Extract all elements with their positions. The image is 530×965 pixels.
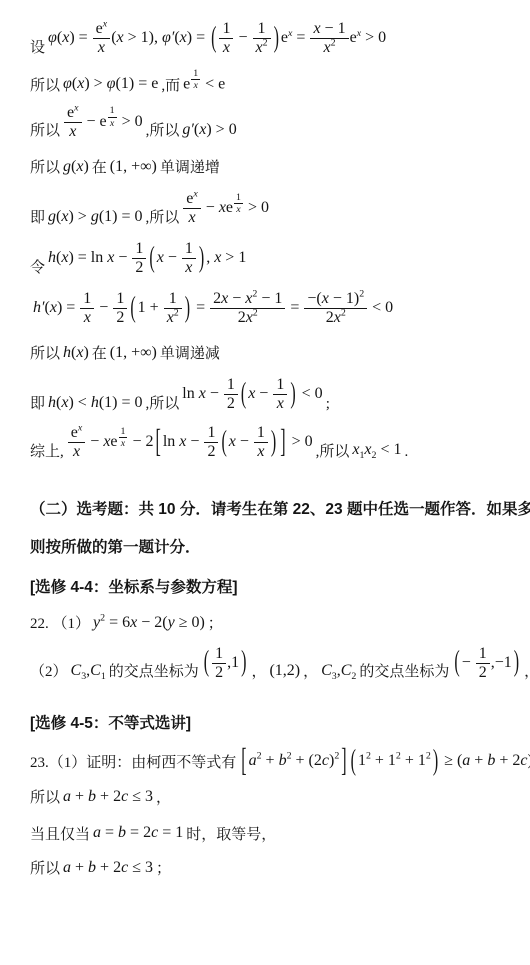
math-token: − — [164, 249, 181, 266]
math-token: = 6 — [105, 614, 130, 631]
math-token: (1, +∞) — [110, 344, 157, 361]
big-paren: ) — [197, 239, 206, 279]
math-token: x — [157, 249, 164, 266]
answer-line-23-sum-le-3a: 所以 a + b + 2c ≤ 3， — [30, 786, 526, 811]
fraction: 1x — [233, 192, 244, 216]
text-segment: 在 — [92, 157, 107, 180]
text-segment: 23.（1）证明：由柯西不等式有 — [30, 752, 236, 775]
math-token: = 1 — [158, 824, 183, 841]
numerator: 1 — [273, 376, 287, 394]
math-token: x — [117, 29, 124, 46]
denominator: x — [234, 203, 243, 215]
numerator: 1 — [132, 240, 146, 258]
big-paren: ( — [452, 643, 461, 683]
math-token: b — [88, 788, 96, 805]
math-token: ) > — [84, 75, 106, 92]
math-token: − — [462, 654, 475, 671]
superscript: 2 — [341, 308, 346, 319]
section-heading-optional: （二）选考题：共 10 分．请考生在第 22、23 题中任选一题作答．如果多 — [30, 498, 526, 522]
text-segment: （2） — [30, 661, 68, 684]
big-paren: ) — [183, 288, 192, 328]
math-token: 1 — [116, 290, 124, 307]
math-token: e — [110, 433, 117, 450]
math-token: ) — [83, 158, 88, 175]
math-token: 1 — [110, 105, 115, 116]
math-token: 1 — [185, 240, 193, 257]
math-token: < 0 — [368, 299, 393, 316]
math-token: 1 + — [138, 299, 163, 316]
math-token: x — [364, 441, 371, 458]
fraction: exx — [67, 424, 87, 461]
big-paren: ( — [128, 288, 137, 328]
text-segment: 所以 — [30, 343, 60, 366]
big-bracket: ] — [339, 740, 348, 784]
math-token: − — [206, 385, 223, 402]
math-token: + 1 — [401, 752, 426, 769]
text-segment: 单调递减 — [160, 343, 220, 366]
fraction: 1x — [181, 240, 197, 277]
solution-line-h-def: 令 h(x) = ln x − 12(x − 1x), x > 1 — [30, 240, 526, 280]
math-token: (1,2) — [269, 662, 300, 679]
big-paren: ) — [431, 742, 440, 782]
math-token: g — [63, 158, 71, 175]
math-token: g — [48, 208, 56, 225]
math-token: ) > — [68, 208, 90, 225]
numerator: 2x − x2 − 1 — [210, 290, 285, 308]
math-token: h — [48, 249, 56, 266]
math-token: e — [350, 29, 357, 46]
math-token: e — [96, 20, 103, 37]
numerator: x − 1 — [310, 20, 348, 38]
math-token: a — [63, 859, 71, 876]
math-token: x — [73, 443, 80, 460]
numerator: ex — [64, 104, 82, 122]
text-segment: 即 — [30, 207, 45, 230]
math-token: ) — [83, 344, 88, 361]
math-token: C — [90, 662, 101, 679]
text-segment: ,所以 — [146, 120, 180, 143]
text-segment: ; — [326, 393, 330, 416]
formula-segment: (1, +∞) — [107, 156, 160, 181]
document-page: 设 φ(x) = exx(x > 1), φ′(x) = (1x − 1x2)e… — [0, 0, 530, 965]
formula-segment: φ(x) > φ(1) = e — [60, 73, 161, 98]
formula-segment: exx − xe1x > 0 — [179, 190, 272, 230]
fraction: exx — [92, 20, 112, 57]
math-token: 1 — [215, 645, 223, 662]
answer-line-22-2: （2）C3,C1的交点坐标为(12,1)，(1,2)，C3,C2的交点坐标为(−… — [30, 645, 526, 685]
solution-line-h-deriv: h′(x) = 1x − 12(1 + 1x2) = 2x − x2 − 12x… — [30, 290, 526, 330]
math-token: 1 — [83, 290, 91, 307]
math-token: x — [121, 438, 125, 449]
fraction: 12 — [211, 645, 227, 682]
solution-line-h-decreasing: 所以 h(x)在 (1, +∞)单调递减 — [30, 342, 526, 367]
math-token: φ — [48, 29, 57, 46]
denominator: x — [254, 442, 268, 461]
big-paren: ) — [239, 643, 248, 683]
math-token: 2 — [238, 309, 246, 326]
math-token: ) = — [187, 29, 209, 46]
numerator: 1 — [113, 290, 127, 308]
big-paren: ) — [288, 375, 297, 415]
formula-segment: a = b = 2c = 1 — [90, 822, 186, 847]
math-token: (1) = e — [116, 75, 159, 92]
denominator: x — [108, 117, 117, 129]
big-paren: ( — [209, 18, 218, 58]
denominator: x2 — [253, 38, 271, 57]
math-token: 2 — [479, 664, 487, 681]
math-token: (1) = 0 — [99, 208, 143, 225]
superscript: 1x — [233, 198, 244, 209]
math-token: 1 — [276, 376, 284, 393]
math-token: < 1 — [376, 441, 401, 458]
module-heading-4-4: [选修 4-4：坐标系与参数方程] — [30, 576, 526, 600]
math-token: − 2( — [137, 614, 167, 631]
math-token: − 1 — [257, 290, 282, 307]
denominator: x — [93, 38, 111, 57]
math-token: C — [341, 662, 352, 679]
math-token: 1 — [135, 240, 143, 257]
section-heading-optional-cont: 则按所做的第一题计分． — [30, 536, 526, 560]
math-token: − — [202, 199, 219, 216]
math-token: x — [277, 395, 284, 412]
denominator: x — [182, 258, 196, 277]
math-token: h — [48, 394, 56, 411]
fraction: 2x − x2 − 12x2 — [209, 290, 286, 327]
numerator: 1 — [234, 192, 243, 203]
formula-segment: (12,1) — [199, 645, 252, 685]
math-token: ≥ ( — [440, 752, 462, 769]
formula-segment: h(x) — [60, 342, 92, 367]
math-token: − 2 — [128, 433, 153, 450]
math-token: x — [334, 309, 341, 326]
answer-line-23-1-cauchy: 23.（1）证明：由柯西不等式有[a2 + b2 + (2c)2](12 + 1… — [30, 750, 526, 775]
denominator: 2x2 — [210, 308, 285, 327]
math-token: + — [71, 788, 88, 805]
math-token: x — [223, 39, 230, 56]
math-token: x — [98, 39, 105, 56]
math-token: g′ — [182, 121, 194, 138]
big-paren: ) — [269, 423, 278, 463]
formula-segment: (1, +∞) — [107, 342, 160, 367]
math-token: − e — [83, 113, 107, 130]
math-token: ≤ 3 — [128, 859, 153, 876]
math-token: − — [114, 249, 131, 266]
math-token: = 2 — [126, 824, 151, 841]
math-token: h — [63, 344, 71, 361]
fraction: exx — [182, 190, 202, 227]
formula-segment: h(x) = ln x − 12(x − 1x), x > 1 — [45, 240, 249, 280]
heading-text: [选修 4-5：不等式选讲] — [30, 712, 191, 736]
math-token: = — [292, 29, 309, 46]
math-token: 2 — [263, 38, 268, 49]
formula-segment: e1x < e — [180, 68, 228, 98]
math-token: 2 — [341, 308, 346, 319]
math-token: x — [193, 189, 197, 200]
math-token: = — [192, 299, 209, 316]
math-token: 1 — [358, 752, 366, 769]
math-token: > 0 — [244, 199, 269, 216]
math-token: ) > 0 — [206, 121, 236, 138]
math-token: y — [168, 614, 175, 631]
numerator: 1 — [219, 20, 233, 38]
math-token: e — [71, 424, 78, 441]
text-segment: ， — [524, 661, 530, 684]
denominator: 2 — [132, 258, 146, 277]
math-token: x — [188, 209, 195, 226]
math-token: b — [88, 859, 96, 876]
fraction: 1x — [118, 426, 129, 450]
numerator: 1 — [164, 290, 182, 308]
fraction: 12 — [475, 645, 491, 682]
math-token: 1 — [479, 645, 487, 662]
superscript: 2 — [174, 308, 179, 319]
math-token: + 2 — [96, 859, 121, 876]
math-token: C — [71, 662, 82, 679]
numerator: 1 — [224, 376, 238, 394]
fraction: 12 — [203, 424, 219, 461]
math-token: 2 — [331, 38, 336, 49]
math-token: a — [93, 824, 101, 841]
math-token: 2 — [135, 259, 143, 276]
formula-segment: (− 12,−1) — [449, 645, 524, 685]
math-token: + — [71, 859, 88, 876]
math-token: (1, +∞) — [110, 158, 157, 175]
superscript: x — [78, 423, 82, 434]
subscript: 2 — [351, 671, 356, 682]
math-token: x — [103, 19, 107, 30]
denominator: x — [183, 208, 201, 227]
math-token: x — [78, 423, 82, 434]
denominator: 2 — [224, 394, 238, 413]
text-segment: ,所以 — [146, 207, 180, 230]
fraction: 1x — [79, 290, 95, 327]
math-token: x — [236, 204, 240, 215]
math-token: 2 — [207, 443, 215, 460]
math-token: 2 — [253, 308, 258, 319]
math-token: ,1 — [227, 654, 239, 671]
big-bracket: [ — [239, 740, 248, 784]
math-token: > 0 — [361, 29, 386, 46]
math-token: < e — [201, 75, 225, 92]
text-segment: 令 — [30, 257, 45, 280]
big-paren: ( — [349, 742, 358, 782]
formula-segment: C3,C2 — [318, 660, 359, 685]
text-segment: 在 — [92, 343, 107, 366]
big-bracket: [ — [154, 420, 163, 464]
math-token: c — [322, 752, 329, 769]
math-token: ≤ 3 — [128, 788, 153, 805]
math-token: 2 — [116, 309, 124, 326]
math-token: x — [229, 433, 236, 450]
numerator: ex — [183, 190, 201, 208]
math-token: x — [322, 290, 329, 307]
denominator: x — [219, 38, 233, 57]
text-segment: 单调递增 — [160, 157, 220, 180]
math-token: b — [118, 824, 126, 841]
math-token: − — [186, 433, 203, 450]
text-segment: ， — [303, 661, 318, 684]
fraction: 1x — [190, 68, 201, 92]
text-segment: 所以 — [30, 120, 60, 143]
math-token: h — [91, 394, 99, 411]
big-paren: ( — [147, 239, 156, 279]
math-token: + (2 — [292, 752, 322, 769]
solution-line-g-increasing: 所以 g(x)在 (1, +∞)单调递增 — [30, 156, 526, 181]
math-token: ) = — [57, 299, 79, 316]
denominator: 2 — [204, 442, 218, 461]
math-token: − — [86, 433, 103, 450]
numerator: 1 — [204, 424, 218, 442]
denominator: x — [80, 308, 94, 327]
text-segment: 即 — [30, 393, 45, 416]
fraction: 12 — [131, 240, 147, 277]
superscript: x — [193, 189, 197, 200]
denominator: 2 — [113, 308, 127, 327]
math-token: 1 — [101, 671, 106, 682]
numerator: 1 — [253, 20, 271, 38]
math-token: − — [234, 29, 251, 46]
math-token: C — [321, 662, 332, 679]
superscript: 1x — [118, 432, 129, 443]
fraction: 12 — [112, 290, 128, 327]
numerator: ex — [93, 20, 111, 38]
math-token: x — [167, 309, 174, 326]
math-token: 2 — [174, 308, 179, 319]
numerator: 1 — [119, 426, 128, 437]
formula-segment: g′(x) > 0 — [179, 119, 239, 144]
formula-segment: ln x − 12(x − 1x) < 0 — [179, 376, 325, 416]
formula-segment: exx − e1x > 0 — [60, 104, 146, 144]
superscript: x — [74, 103, 78, 114]
math-token: ln — [182, 385, 198, 402]
math-token: ≥ 0) — [175, 614, 205, 631]
math-token: ln — [163, 433, 179, 450]
text-segment: 22. （1） — [30, 613, 90, 636]
math-token: x — [193, 80, 197, 91]
text-segment: ,所以 — [316, 441, 350, 464]
formula-segment: x1x2 < 1 — [349, 439, 404, 464]
text-segment: 设 — [30, 37, 45, 60]
numerator: −(x − 1)2 — [304, 290, 367, 308]
denominator: x — [68, 442, 86, 461]
fraction: −(x − 1)22x2 — [303, 290, 368, 327]
math-token: , — [206, 249, 214, 266]
formula-segment: (1,2) — [266, 660, 303, 685]
big-paren: ( — [219, 423, 228, 463]
denominator: x — [64, 122, 82, 141]
math-token: 1 — [121, 426, 126, 437]
heading-text: [选修 4-4：坐标系与参数方程] — [30, 576, 238, 600]
big-paren: ) — [512, 643, 521, 683]
text-segment: ， — [251, 661, 266, 684]
text-segment: ； — [208, 613, 223, 636]
heading-text: 则按所做的第一题计分． — [30, 536, 201, 560]
math-token: − — [236, 433, 253, 450]
text-segment: 综上, — [30, 441, 64, 464]
formula-segment: g(x) — [60, 156, 92, 181]
math-token: + 1 — [371, 752, 396, 769]
math-token: < 0 — [298, 385, 323, 402]
document-content: 设 φ(x) = exx(x > 1), φ′(x) = (1x − 1x2)e… — [30, 20, 526, 881]
math-token: x — [74, 103, 78, 114]
math-token: = — [286, 299, 303, 316]
math-token: ) = — [69, 29, 91, 46]
numerator: 1 — [476, 645, 490, 663]
math-token: − 1) — [329, 290, 359, 307]
superscript: 1x — [190, 74, 201, 85]
math-token: φ — [107, 75, 116, 92]
superscript: 2 — [263, 38, 268, 49]
math-token: = — [101, 824, 118, 841]
denominator: x2 — [164, 308, 182, 327]
math-token: ) < — [68, 394, 90, 411]
numerator: 1 — [191, 68, 200, 79]
formula-segment: a + b + 2c ≤ 3 — [60, 857, 156, 882]
math-token: > 1), — [124, 29, 162, 46]
fraction: 12 — [223, 376, 239, 413]
math-token: + 2 — [96, 788, 121, 805]
math-token: x — [69, 123, 76, 140]
math-token: x — [219, 199, 226, 216]
math-token: (1) = 0 — [99, 394, 143, 411]
math-token: + 2 — [495, 752, 520, 769]
solution-line-g-gt-g1: 即 g(x) > g(1) = 0,所以 exx − xe1x > 0 — [30, 190, 526, 230]
text-segment: 时，取等号， — [186, 824, 276, 847]
text-segment: 所以 — [30, 157, 60, 180]
text-segment: . — [405, 441, 409, 464]
formula-segment: exx − xe1x − 2[ln x − 12(x − 1x)] > 0 — [64, 424, 316, 464]
math-token: − — [228, 290, 245, 307]
math-token: x — [246, 309, 253, 326]
math-token: a — [249, 752, 257, 769]
formula-segment: y2 = 6x − 2(y ≥ 0) — [90, 612, 208, 637]
math-token: x — [199, 385, 206, 402]
text-segment: 的交点坐标为 — [109, 661, 199, 684]
solution-line-g-deriv-positive: 所以 exx − e1x > 0,所以 g′(x) > 0 — [30, 104, 526, 144]
numerator: 1 — [108, 105, 117, 116]
math-token: ) = ln — [68, 249, 107, 266]
math-token: φ′ — [162, 29, 174, 46]
math-token: ,−1 — [491, 654, 512, 671]
superscript: x — [103, 19, 107, 30]
math-token: + — [470, 752, 487, 769]
math-token: x — [110, 118, 114, 129]
math-token: x — [257, 443, 264, 460]
math-token: x — [185, 259, 192, 276]
text-segment: ； — [156, 858, 171, 881]
formula-segment: h′(x) = 1x − 12(1 + 1x2) = 2x − x2 − 12x… — [30, 290, 396, 330]
math-token: 2 — [227, 395, 235, 412]
numerator: 1 — [212, 645, 226, 663]
math-token: x — [323, 39, 330, 56]
numerator: 1 — [182, 240, 196, 258]
math-token: 1 — [193, 68, 198, 79]
math-token: 1 — [227, 376, 235, 393]
math-token: > 0 — [288, 433, 313, 450]
denominator: 2x2 — [304, 308, 367, 327]
math-token: x — [84, 309, 91, 326]
text-segment: 的交点坐标为 — [359, 661, 449, 684]
math-token: e — [226, 199, 233, 216]
math-token: φ — [63, 75, 72, 92]
math-token: a — [63, 788, 71, 805]
solution-line-phi-compare: 所以 φ(x) > φ(1) = e,而 e1x < e — [30, 68, 526, 98]
fraction: x − 1x2 — [309, 20, 349, 57]
math-token: 1 — [258, 20, 266, 37]
text-segment: ,而 — [161, 75, 180, 98]
denominator: x2 — [310, 38, 348, 57]
fraction: 1x — [218, 20, 234, 57]
